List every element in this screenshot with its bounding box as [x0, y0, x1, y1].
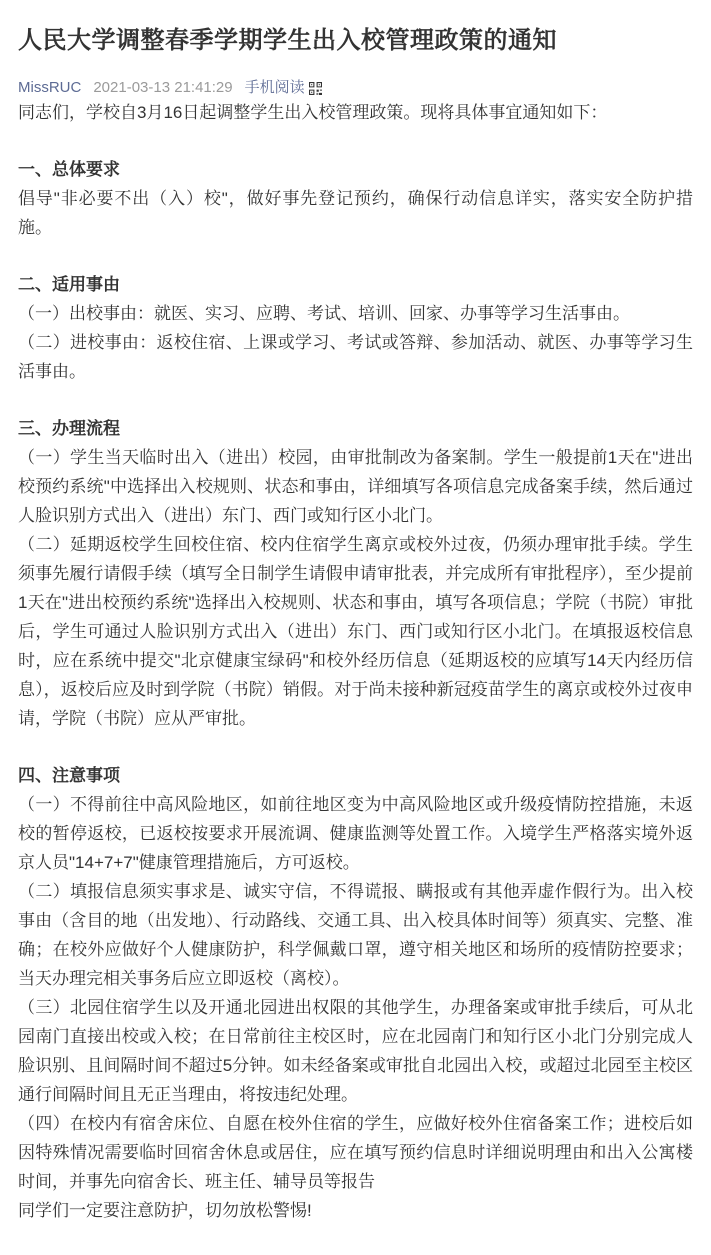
article-page: 人民大学调整春季学期学生出入校管理政策的通知 MissRUC 2021-03-1… — [0, 0, 711, 1255]
section-3-paragraph-1: （一）学生当天临时出入（进出）校园，由审批制改为备案制。学生一般提前1天在"进出… — [18, 443, 693, 530]
intro-paragraph: 同志们，学校自3月16日起调整学生出入校管理政策。现将具体事宜通知如下： — [18, 98, 693, 127]
section-4-paragraph-2: （二）填报信息须实事求是、诚实守信，不得谎报、瞒报或有其他弄虚作假行为。出入校事… — [18, 877, 693, 993]
section-1-paragraph: 倡导"非必要不出（入）校"，做好事先登记预约，确保行动信息详实，落实安全防护措施… — [18, 184, 693, 242]
qr-code-icon[interactable] — [309, 82, 322, 95]
section-2-heading: 二、适用事由 — [18, 270, 693, 299]
section-3-paragraph-2: （二）延期返校学生回校住宿、校内住宿学生离京或校外过夜，仍须办理审批手续。学生须… — [18, 530, 693, 733]
section-3-heading: 三、办理流程 — [18, 414, 693, 443]
mobile-read: 手机阅读 — [245, 78, 322, 98]
article-meta: MissRUC 2021-03-13 21:41:29 手机阅读 — [18, 78, 693, 98]
section-4-paragraph-4: （四）在校内有宿舍床位、自愿在校外住宿的学生，应做好校外住宿备案工作；进校后如因… — [18, 1109, 693, 1196]
section-2-paragraph-2: （二）进校事由：返校住宿、上课或学习、考试或答辩、参加活动、就医、办事等学习生活… — [18, 328, 693, 386]
section-4-paragraph-1: （一）不得前往中高风险地区，如前往地区变为中高风险地区或升级疫情防控措施，未返校… — [18, 790, 693, 877]
section-2-paragraph-1: （一）出校事由：就医、实习、应聘、考试、培训、回家、办事等学习生活事由。 — [18, 299, 693, 328]
page-title: 人民大学调整春季学期学生出入校管理政策的通知 — [18, 24, 693, 58]
section-1-heading: 一、总体要求 — [18, 155, 693, 184]
section-4-paragraph-3: （三）北园住宿学生以及开通北园进出权限的其他学生，办理备案或审批手续后，可从北园… — [18, 993, 693, 1109]
mobile-read-link[interactable]: 手机阅读 — [245, 78, 305, 98]
closing-paragraph: 同学们一定要注意防护，切勿放松警惕! — [18, 1196, 693, 1225]
section-4-heading: 四、注意事项 — [18, 761, 693, 790]
publish-datetime: 2021-03-13 21:41:29 — [93, 78, 232, 98]
author-link[interactable]: MissRUC — [18, 78, 81, 98]
